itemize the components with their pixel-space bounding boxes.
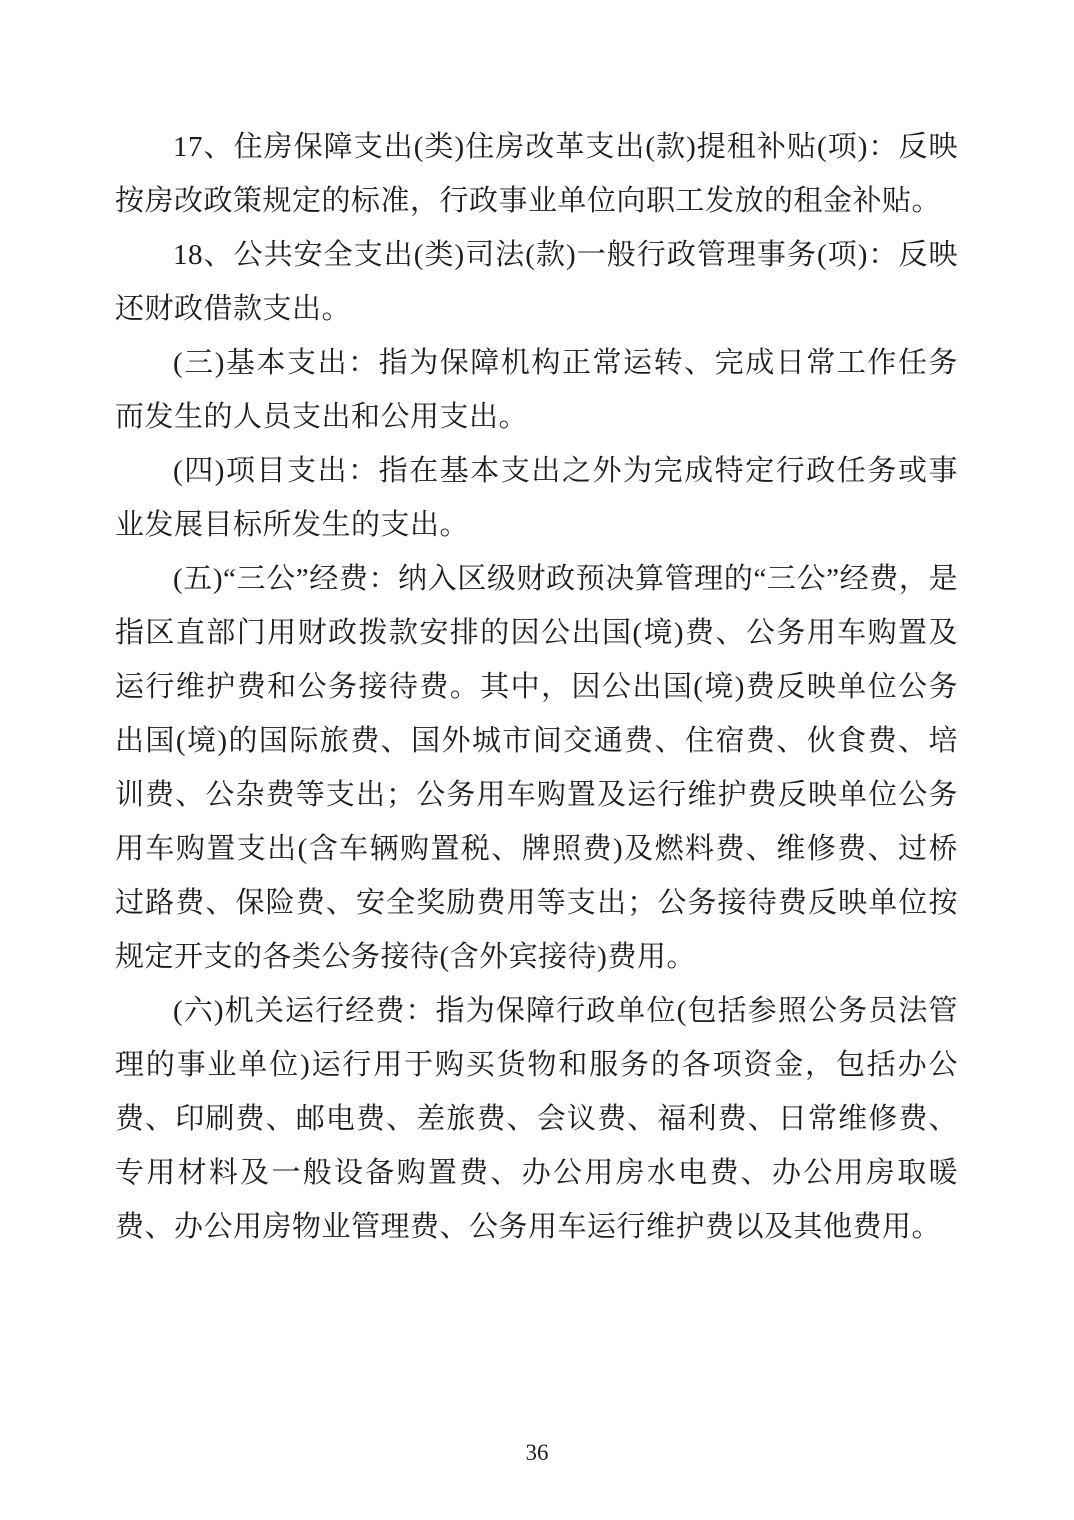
text-content: 17、住房保障支出(类)住房改革支出(款)提租补贴(项)：反映按房改政策规定的标… xyxy=(115,120,958,1254)
document-page: 17、住房保障支出(类)住房改革支出(款)提租补贴(项)：反映按房改政策规定的标… xyxy=(0,0,1074,1520)
paragraph-section-6: (六)机关运行经费：指为保障行政单位(包括参照公务员法管理的事业单位)运行用于购… xyxy=(115,984,958,1254)
paragraph-section-4: (四)项目支出：指在基本支出之外为完成特定行政任务或事业发展目标所发生的支出。 xyxy=(115,444,958,552)
paragraph-item-18: 18、公共安全支出(类)司法(款)一般行政管理事务(项)：反映还财政借款支出。 xyxy=(115,228,958,336)
paragraph-section-3: (三)基本支出：指为保障机构正常运转、完成日常工作任务而发生的人员支出和公用支出… xyxy=(115,336,958,444)
page-number: 36 xyxy=(0,1440,1074,1466)
paragraph-section-5: (五)“三公”经费：纳入区级财政预决算管理的“三公”经费，是指区直部门用财政拨款… xyxy=(115,552,958,984)
paragraph-item-17: 17、住房保障支出(类)住房改革支出(款)提租补贴(项)：反映按房改政策规定的标… xyxy=(115,120,958,228)
